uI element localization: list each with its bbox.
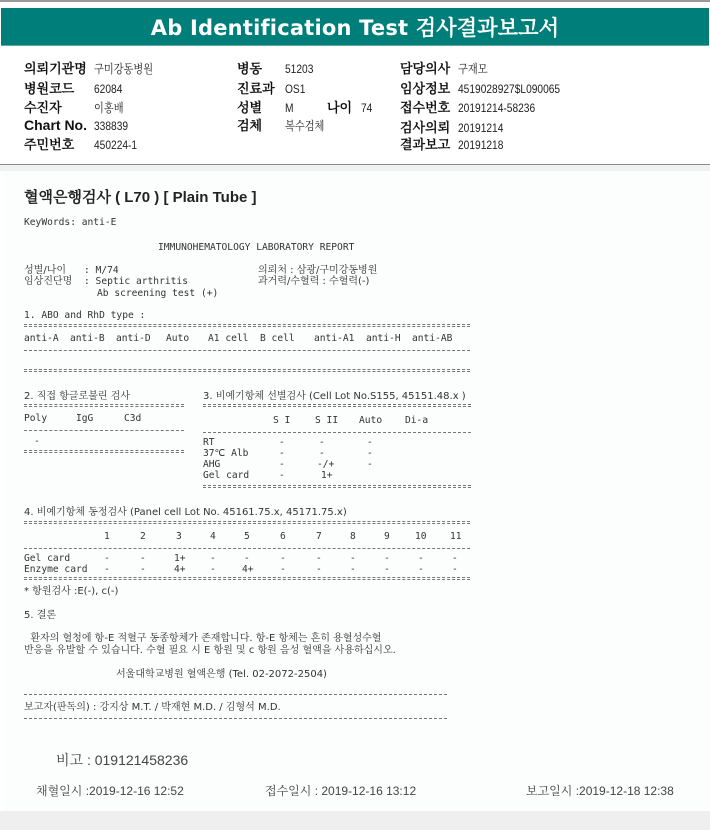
- info-sex: 성별 M: [237, 97, 295, 116]
- lab-report-title: IMMUNOHEMATOLOGY LABORATORY REPORT: [158, 242, 354, 253]
- double-rule: [24, 404, 184, 407]
- double-rule: [24, 324, 470, 327]
- double-rule: [24, 450, 184, 453]
- info-patient-name: 수진자 이홍배: [24, 97, 129, 116]
- screen-title: 3. 비예기항체 선별검사 (Cell Lot No.S155, 45151.4…: [203, 391, 466, 402]
- sex-age-value: : M/74: [84, 265, 119, 276]
- remark: 비고 : 019121458236: [56, 750, 188, 770]
- panel-header-row: 1 2 3 4 5 6 7 8 9 10 11: [24, 531, 470, 543]
- receipt-time: 접수일시 : 2019-12-16 13:12: [265, 782, 416, 799]
- abo-title: 1. ABO and RhD type :: [24, 310, 145, 321]
- dat-title: 2. 직접 항글로불린 검사: [24, 391, 130, 402]
- diagnosis-value-2: Ab screening test (+): [97, 288, 218, 299]
- screen-row: 37℃ Alb - - -: [203, 448, 471, 459]
- report-title-banner: Ab Identification Test 검사결과보고서: [1, 8, 709, 46]
- panel-title: 4. 비예기항체 동정검사 (Panel cell Lot No. 45161.…: [24, 507, 347, 518]
- info-referring-institution: 의뢰기관명 구미강동병원: [24, 58, 164, 77]
- conclusion-line-1: 환자의 혈청에 항-E 적혈구 동종항체가 존재합니다. 항-E 항체는 흔히 …: [24, 633, 381, 644]
- report-title: Ab Identification Test 검사결과보고서: [151, 12, 559, 42]
- keywords: KeyWords: anti-E: [24, 217, 116, 228]
- double-rule: [24, 369, 470, 372]
- sex-age-label: 성별/나이: [24, 265, 66, 276]
- info-clinical-info: 임상정보 4519028927$L090065: [400, 78, 578, 97]
- screen-row: RT - - -: [203, 437, 471, 448]
- diagnosis-value: : Septic arthritis: [84, 276, 188, 287]
- reporter: 보고자(판독의) : 강지상 M.T. / 박재현 M.D. / 김형석 M.D…: [24, 702, 281, 713]
- report-time: 보고일시 :2019-12-18 12:38: [526, 782, 674, 799]
- blood-bank-contact: 서울대학교병원 혈액은행 (Tel. 02-2072-2504): [116, 669, 327, 680]
- info-report-date: 결과보고 20191218: [400, 134, 511, 153]
- info-accession-number: 접수번호 20191214-58236: [400, 97, 549, 116]
- referrer: 의뢰처 : 삼광/구미강동병원: [258, 265, 377, 276]
- info-ward: 병동 51203: [237, 58, 318, 77]
- screen-row: Gel card - 1+: [203, 470, 471, 481]
- top-border: [0, 0, 710, 2]
- conclusion-title: 5. 결론: [24, 610, 56, 621]
- report-section-title: 혈액은행검사 ( L70 ) [ Plain Tube ]: [24, 186, 257, 207]
- abo-header-row: anti-A anti-B anti-D Auto A1 cell B cell…: [24, 333, 474, 345]
- panel-row-gel: Gel card - - 1+ - - - - - - - -: [24, 553, 470, 564]
- info-chart-no: Chart No. 338839: [24, 117, 134, 133]
- screen-row: AHG - -/+ -: [203, 459, 471, 470]
- diagnosis-label: 임상진단명: [24, 276, 72, 287]
- double-rule: [203, 404, 471, 407]
- double-rule: [203, 485, 471, 488]
- panel-row-enzyme: Enzyme card - - 4+ - 4+ - - - - - -: [24, 564, 470, 575]
- single-rule: [203, 432, 471, 433]
- info-hospital-code: 병원코드 62084: [24, 78, 127, 97]
- antigen-test-note: * 항원검사 :E(-), c(-): [24, 586, 118, 597]
- patient-info: 의뢰기관명 구미강동병원 병원코드 62084 수진자 이홍배 Chart No…: [0, 54, 710, 154]
- single-rule: [24, 430, 184, 431]
- single-rule: [24, 350, 470, 351]
- single-rule: [24, 548, 470, 549]
- info-resident-number: 주민번호 450224-1: [24, 134, 145, 153]
- transfusion-history: 과거력/수혈력 : 수혈력(-): [258, 276, 369, 287]
- info-department: 진료과 OS1: [237, 78, 309, 97]
- dat-value-row: -: [34, 436, 184, 448]
- single-rule: [24, 694, 447, 695]
- dat-header-row: Poly IgG C3d: [24, 413, 184, 425]
- single-rule: [24, 718, 447, 719]
- collection-time: 채혈일시 :2019-12-16 12:52: [36, 782, 184, 799]
- info-attending-doctor: 담당의사 구재모: [400, 58, 493, 77]
- info-age: 나이 74: [327, 97, 374, 116]
- info-specimen: 검체 복수검체: [237, 115, 331, 134]
- double-rule: [24, 521, 470, 524]
- conclusion-line-2: 반응을 유발할 수 있습니다. 수혈 필요 시 E 항원 및 c 항원 음성 혈…: [24, 645, 396, 656]
- screen-header-row: S I S II Auto Di-a: [203, 415, 471, 427]
- double-rule: [24, 577, 470, 580]
- bottom-strip: [0, 811, 710, 830]
